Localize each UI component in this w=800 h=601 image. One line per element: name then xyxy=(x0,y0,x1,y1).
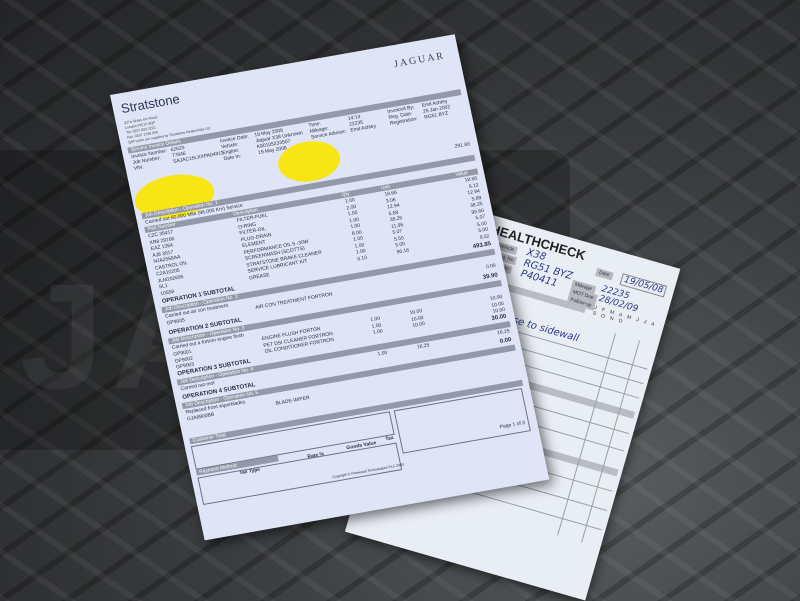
part-part: 10558 xyxy=(160,288,175,296)
part-unit: 90.16 xyxy=(396,247,410,255)
part-value: 9.02 xyxy=(479,233,490,241)
operation-2-header: Job Description - Operation No. 2 xyxy=(161,249,495,314)
date-label: Date xyxy=(595,268,613,280)
part-qty: 1.00 xyxy=(372,328,383,336)
part-row: SL1SERVICE LUBRICANT KIT1.005.005.00 xyxy=(158,226,487,284)
jaguar-logo: JAGUAR xyxy=(393,50,446,70)
part-qty: 0.10 xyxy=(357,254,368,262)
part-unit: 10.00 xyxy=(412,321,426,329)
